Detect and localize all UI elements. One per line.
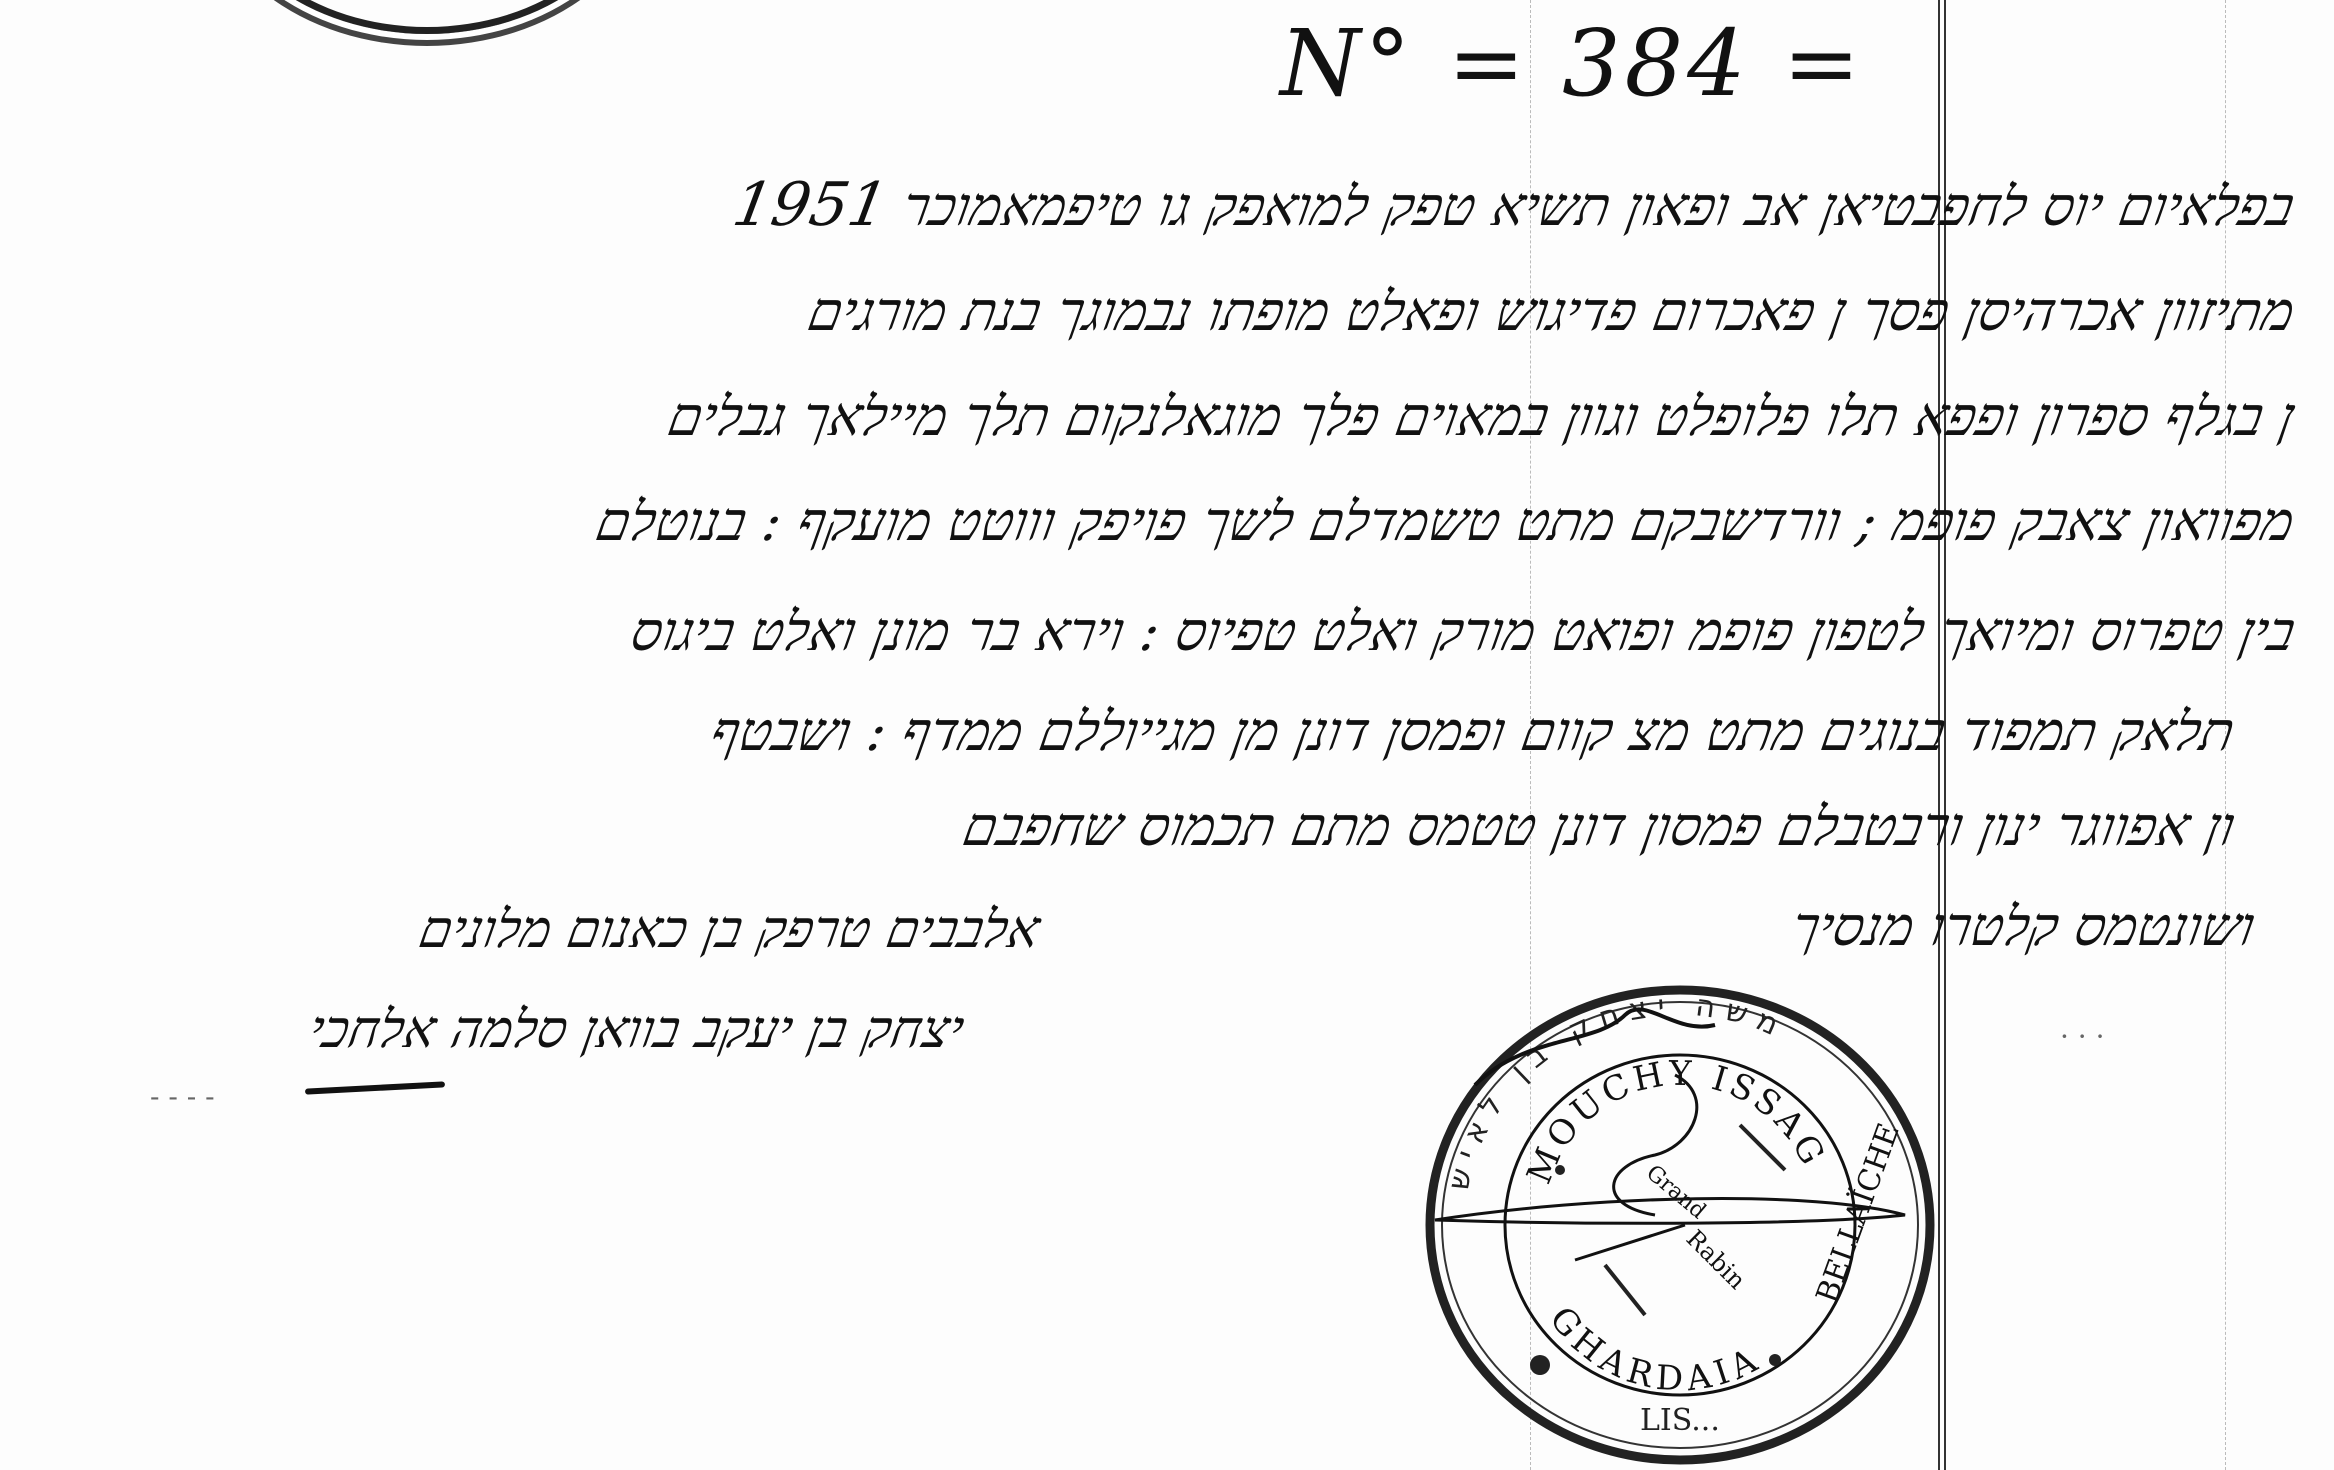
body-line-7: ון אפווגר ינון ורבטבלם פמסון דונן טטמס מ…	[958, 795, 2239, 858]
body-line-2: מתיזוון אכרהיסן פסך ן פאכרום פדיגוש ופאל…	[803, 280, 2299, 343]
date-year: 1951	[728, 170, 893, 240]
rabbinical-stamp: MOUCHY ISSAG GHARDAIA BELLAÏCHE Grand Ra…	[1395, 975, 1965, 1465]
document-page: N° = 384 = בפלאיום יוס לחפבטיאן אב ופאון…	[0, 0, 2334, 1470]
svg-text:LIS...: LIS...	[1640, 1403, 1720, 1438]
body-line-6: תלאק תמפוד בנוגים מתט מצ קוום ופמסן דונן…	[707, 700, 2240, 763]
scan-mark: · · ·	[2060, 1020, 2105, 1053]
signature-line-1: אלבבים טרפק בן כאנום מלונים	[415, 900, 1045, 960]
body-line-5: בין טפרוס ומיואך לטפון פופמ ופואט מורק ו…	[626, 600, 2300, 663]
document-number: N° = 384 =	[1280, 10, 1864, 117]
stamp-seal-icon: MOUCHY ISSAG GHARDAIA BELLAÏCHE Grand Ra…	[1395, 975, 1965, 1465]
body-line-3: ן בגלף ספרון ופפא תלו פלופלט וגוון במאוי…	[663, 385, 2299, 448]
scan-mark: - - - -	[150, 1080, 215, 1113]
body-line-1: בפלאיום יוס לחפבטיאן אב ופאון תשיא טפק ל…	[728, 170, 2300, 240]
svg-text:Rabin: Rabin	[1681, 1224, 1751, 1294]
body-line-8: ושונטמס קלטרו מנסיך	[1787, 895, 2259, 958]
signature-line-2: יצחק בן יעקב בוואן סלמה אלחכי	[305, 1000, 969, 1060]
body-line-4: מפוואון צאבק פופמ ; וורדשבקם מתט טשמדלם …	[592, 490, 2300, 553]
signature-underline	[305, 1081, 445, 1094]
top-seal-fragment	[210, 0, 644, 34]
svg-text:GHARDAIA: GHARDAIA	[1541, 1299, 1768, 1399]
